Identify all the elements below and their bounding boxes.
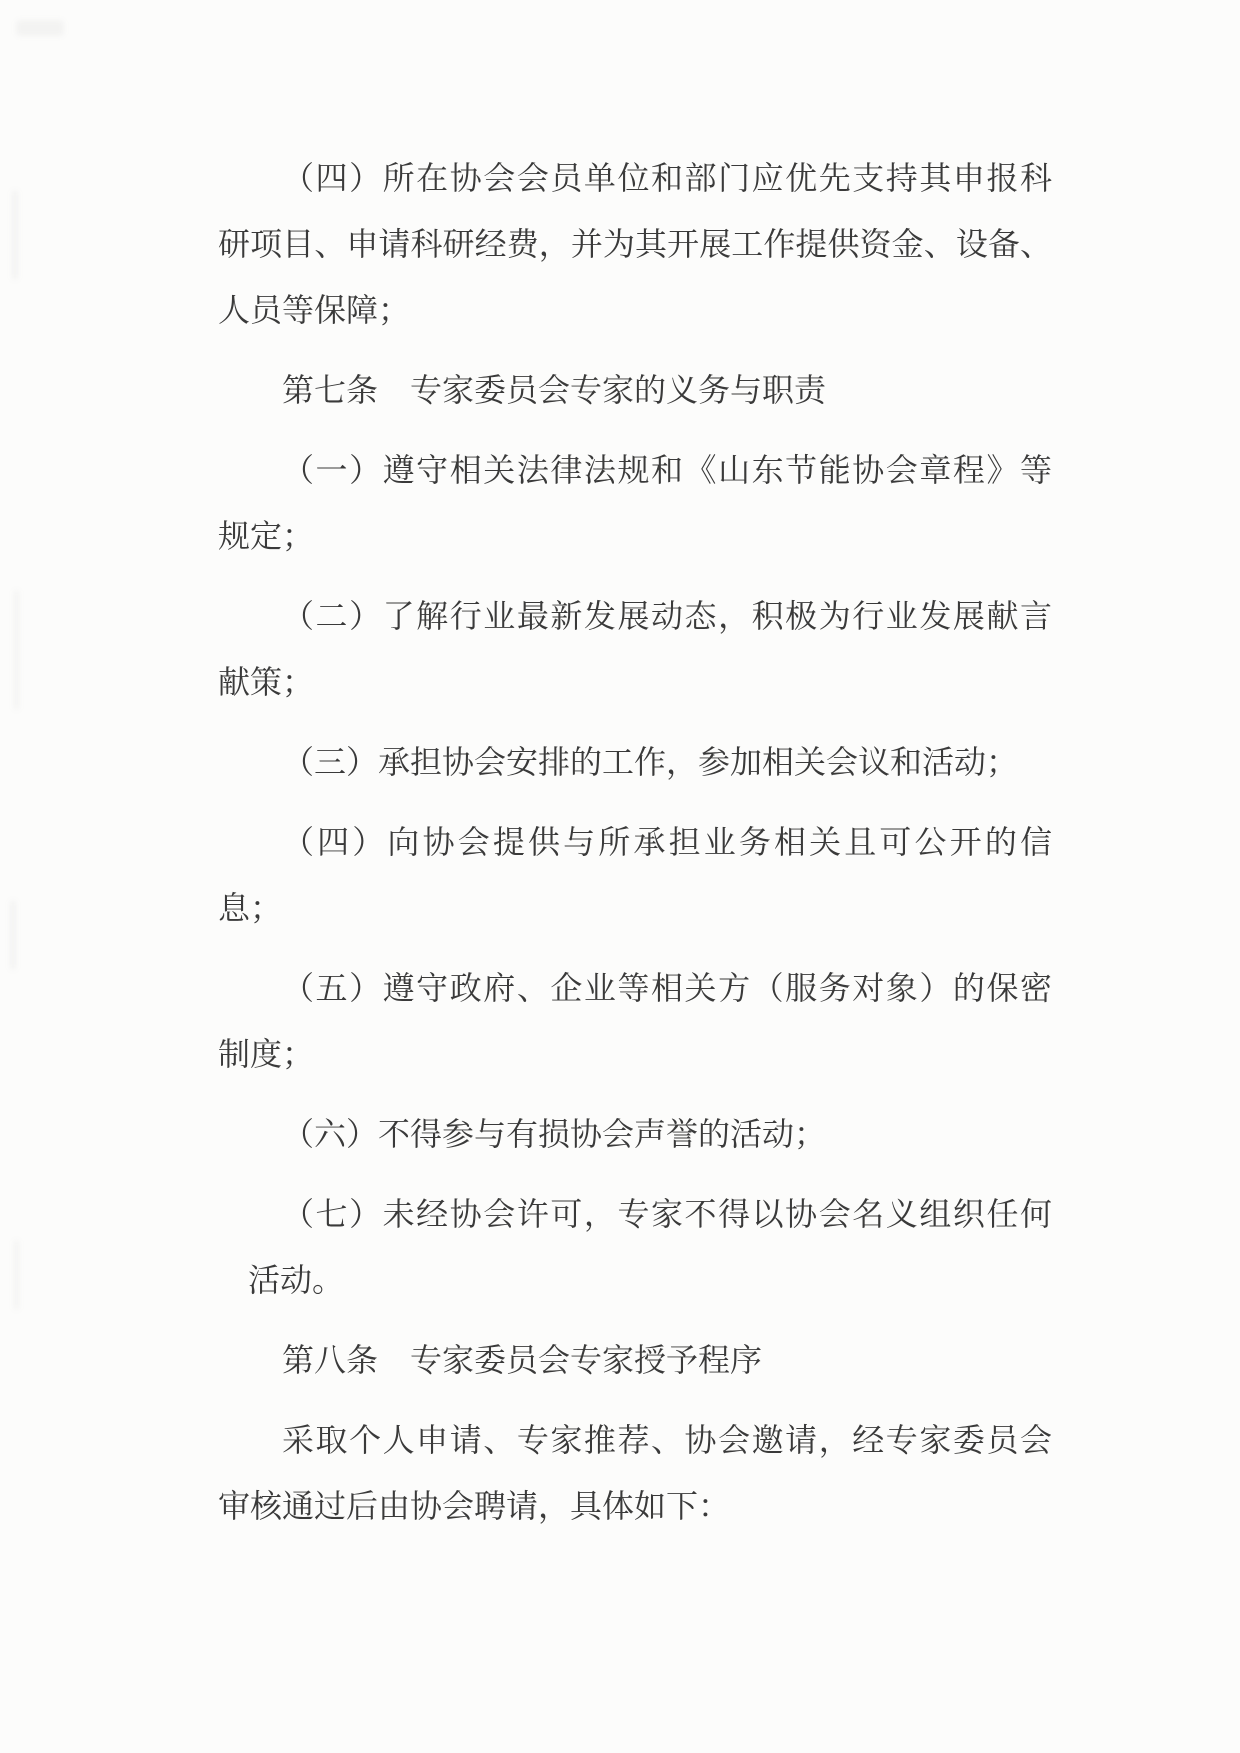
item-5-paragraph: （五）遵守政府、企业等相关方（服务对象）的保密 制度；	[218, 955, 1052, 1087]
scan-smudge	[14, 590, 19, 710]
item-2-paragraph: （二）了解行业最新发展动态，积极为行业发展献言 献策；	[218, 583, 1052, 715]
document-line: （四）向协会提供与所承担业务相关且可公开的信	[218, 809, 1052, 875]
document-line: （一）遵守相关法律法规和《山东节能协会章程》等	[218, 437, 1052, 503]
document-body: （四）所在协会会员单位和部门应优先支持其申报科 研项目、申请科研经费，并为其开展…	[218, 145, 1052, 1539]
document-line: 制度；	[218, 1021, 1052, 1087]
article-7-heading: 第七条 专家委员会专家的义务与职责	[218, 357, 1052, 423]
clause-4-paragraph: （四）所在协会会员单位和部门应优先支持其申报科 研项目、申请科研经费，并为其开展…	[218, 145, 1052, 343]
article-8-heading: 第八条 专家委员会专家授予程序	[218, 1327, 1052, 1393]
document-line: 活动。	[218, 1247, 1052, 1313]
item-6-paragraph: （六）不得参与有损协会声誉的活动；	[218, 1101, 1052, 1167]
document-line: 采取个人申请、专家推荐、协会邀请，经专家委员会	[218, 1407, 1052, 1473]
article-8-heading-paragraph: 第八条 专家委员会专家授予程序	[218, 1327, 1052, 1393]
document-line: （二）了解行业最新发展动态，积极为行业发展献言	[218, 583, 1052, 649]
item-3-paragraph: （三）承担协会安排的工作，参加相关会议和活动；	[218, 729, 1052, 795]
scan-smudge	[16, 20, 64, 36]
item-4-paragraph: （四）向协会提供与所承担业务相关且可公开的信 息；	[218, 809, 1052, 941]
item-7-paragraph: （七）未经协会许可，专家不得以协会名义组织任何 活动。	[218, 1181, 1052, 1313]
document-line: 献策；	[218, 649, 1052, 715]
scan-smudge	[14, 1240, 19, 1310]
document-line: （七）未经协会许可，专家不得以协会名义组织任何	[218, 1181, 1052, 1247]
item-1-paragraph: （一）遵守相关法律法规和《山东节能协会章程》等 规定；	[218, 437, 1052, 569]
scan-smudge	[12, 190, 18, 280]
article-7-heading-paragraph: 第七条 专家委员会专家的义务与职责	[218, 357, 1052, 423]
document-line: （六）不得参与有损协会声誉的活动；	[218, 1101, 1052, 1167]
scanned-document-page: （四）所在协会会员单位和部门应优先支持其申报科 研项目、申请科研经费，并为其开展…	[0, 0, 1240, 1753]
document-line: （四）所在协会会员单位和部门应优先支持其申报科	[218, 145, 1052, 211]
document-line: （五）遵守政府、企业等相关方（服务对象）的保密	[218, 955, 1052, 1021]
document-line: 研项目、申请科研经费，并为其开展工作提供资金、设备、	[218, 211, 1052, 277]
document-line: 息；	[218, 875, 1052, 941]
article-8-body-paragraph: 采取个人申请、专家推荐、协会邀请，经专家委员会 审核通过后由协会聘请，具体如下：	[218, 1407, 1052, 1539]
scan-smudge	[10, 900, 16, 970]
document-line: （三）承担协会安排的工作，参加相关会议和活动；	[218, 729, 1052, 795]
document-line: 规定；	[218, 503, 1052, 569]
document-line: 审核通过后由协会聘请，具体如下：	[218, 1473, 1052, 1539]
document-line: 人员等保障；	[218, 277, 1052, 343]
